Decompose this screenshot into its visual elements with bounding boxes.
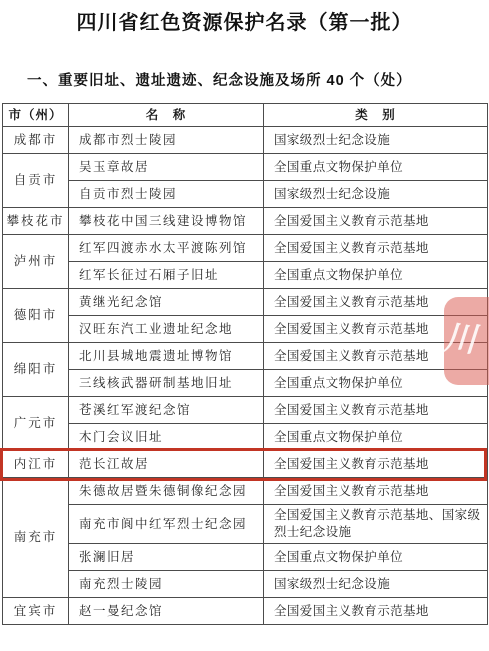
city-cell: 自贡市 xyxy=(3,154,69,208)
table-row: 绵阳市北川县城地震遗址博物馆全国爱国主义教育示范基地 xyxy=(3,343,488,370)
site-name-cell: 木门会议旧址 xyxy=(69,424,264,451)
category-cell: 全国爱国主义教育示范基地 xyxy=(264,451,488,478)
category-cell: 全国爱国主义教育示范基地 xyxy=(264,235,488,262)
table-row: 木门会议旧址全国重点文物保护单位 xyxy=(3,424,488,451)
site-name-cell: 张澜旧居 xyxy=(69,544,264,571)
section-heading: 一、重要旧址、遗址遗迹、纪念设施及场所 40 个（处） xyxy=(27,69,412,90)
category-cell: 全国重点文物保护单位 xyxy=(264,544,488,571)
header-cell-name: 名 称 xyxy=(69,104,264,127)
table-row: 自贡市吴玉章故居全国重点文物保护单位 xyxy=(3,154,488,181)
site-name-cell: 成都市烈士陵园 xyxy=(69,127,264,154)
table-row: 泸州市红军四渡赤水太平渡陈列馆全国爱国主义教育示范基地 xyxy=(3,235,488,262)
site-name-cell: 朱德故居暨朱德铜像纪念园 xyxy=(69,478,264,505)
table-row: 宜宾市赵一曼纪念馆全国爱国主义教育示范基地 xyxy=(3,598,488,625)
site-name-cell: 苍溪红军渡纪念馆 xyxy=(69,397,264,424)
table-row: 广元市苍溪红军渡纪念馆全国爱国主义教育示范基地 xyxy=(3,397,488,424)
category-cell: 全国爱国主义教育示范基地 xyxy=(264,478,488,505)
site-name-cell: 自贡市烈士陵园 xyxy=(69,181,264,208)
document-page: 四川省红色资源保护名录（第一批） 一、重要旧址、遗址遗迹、纪念设施及场所 40 … xyxy=(0,0,489,651)
site-name-cell: 攀枝花中国三线建设博物馆 xyxy=(69,208,264,235)
category-cell: 全国爱国主义教育示范基地 xyxy=(264,208,488,235)
header-cell-city: 市（州） xyxy=(3,104,69,127)
site-name-cell: 南充市阆中红军烈士纪念园 xyxy=(69,505,264,544)
site-name-cell: 红军长征过石厢子旧址 xyxy=(69,262,264,289)
table-row: 红军长征过石厢子旧址全国重点文物保护单位 xyxy=(3,262,488,289)
table-row: 成都市成都市烈士陵园国家级烈士纪念设施 xyxy=(3,127,488,154)
watermark-glyph: 川 xyxy=(440,312,487,361)
city-cell: 宜宾市 xyxy=(3,598,69,625)
table-row: 南充市阆中红军烈士纪念园全国爱国主义教育示范基地、国家级烈士纪念设施 xyxy=(3,505,488,544)
city-cell: 攀枝花市 xyxy=(3,208,69,235)
site-name-cell: 汉旺东汽工业遗址纪念地 xyxy=(69,316,264,343)
site-name-cell: 三线核武器研制基地旧址 xyxy=(69,370,264,397)
category-cell: 国家级烈士纪念设施 xyxy=(264,571,488,598)
table-row: 三线核武器研制基地旧址全国重点文物保护单位 xyxy=(3,370,488,397)
table-row: 攀枝花市攀枝花中国三线建设博物馆全国爱国主义教育示范基地 xyxy=(3,208,488,235)
site-name-cell: 黄继光纪念馆 xyxy=(69,289,264,316)
table-row: 自贡市烈士陵园国家级烈士纪念设施 xyxy=(3,181,488,208)
city-cell: 广元市 xyxy=(3,397,69,451)
category-cell: 全国爱国主义教育示范基地 xyxy=(264,598,488,625)
category-cell: 全国重点文物保护单位 xyxy=(264,424,488,451)
category-cell: 国家级烈士纪念设施 xyxy=(264,127,488,154)
city-cell: 成都市 xyxy=(3,127,69,154)
table-row: 南充烈士陵园国家级烈士纪念设施 xyxy=(3,571,488,598)
city-cell: 南充市 xyxy=(3,478,69,598)
document-title: 四川省红色资源保护名录（第一批） xyxy=(0,6,489,35)
table-header-row: 市（州） 名 称 类 别 xyxy=(3,104,488,127)
table-row: 张澜旧居全国重点文物保护单位 xyxy=(3,544,488,571)
category-cell: 全国重点文物保护单位 xyxy=(264,262,488,289)
table-row: 内江市范长江故居全国爱国主义教育示范基地 xyxy=(3,451,488,478)
table-row: 南充市朱德故居暨朱德铜像纪念园全国爱国主义教育示范基地 xyxy=(3,478,488,505)
site-name-cell: 北川县城地震遗址博物馆 xyxy=(69,343,264,370)
category-cell: 国家级烈士纪念设施 xyxy=(264,181,488,208)
table-row: 汉旺东汽工业遗址纪念地全国爱国主义教育示范基地 xyxy=(3,316,488,343)
sites-table: 市（州） 名 称 类 别 成都市成都市烈士陵园国家级烈士纪念设施自贡市吴玉章故居… xyxy=(2,103,488,625)
watermark-logo: 川 xyxy=(444,297,489,385)
table-row: 德阳市黄继光纪念馆全国爱国主义教育示范基地 xyxy=(3,289,488,316)
category-cell: 全国爱国主义教育示范基地 xyxy=(264,397,488,424)
site-name-cell: 红军四渡赤水太平渡陈列馆 xyxy=(69,235,264,262)
city-cell: 绵阳市 xyxy=(3,343,69,397)
category-cell: 全国爱国主义教育示范基地、国家级烈士纪念设施 xyxy=(264,505,488,544)
site-name-cell: 范长江故居 xyxy=(69,451,264,478)
city-cell: 德阳市 xyxy=(3,289,69,343)
city-cell: 内江市 xyxy=(3,451,69,478)
category-cell: 全国重点文物保护单位 xyxy=(264,154,488,181)
site-name-cell: 南充烈士陵园 xyxy=(69,571,264,598)
site-name-cell: 吴玉章故居 xyxy=(69,154,264,181)
table-body: 成都市成都市烈士陵园国家级烈士纪念设施自贡市吴玉章故居全国重点文物保护单位自贡市… xyxy=(3,127,488,625)
city-cell: 泸州市 xyxy=(3,235,69,289)
header-cell-category: 类 别 xyxy=(264,104,488,127)
site-name-cell: 赵一曼纪念馆 xyxy=(69,598,264,625)
